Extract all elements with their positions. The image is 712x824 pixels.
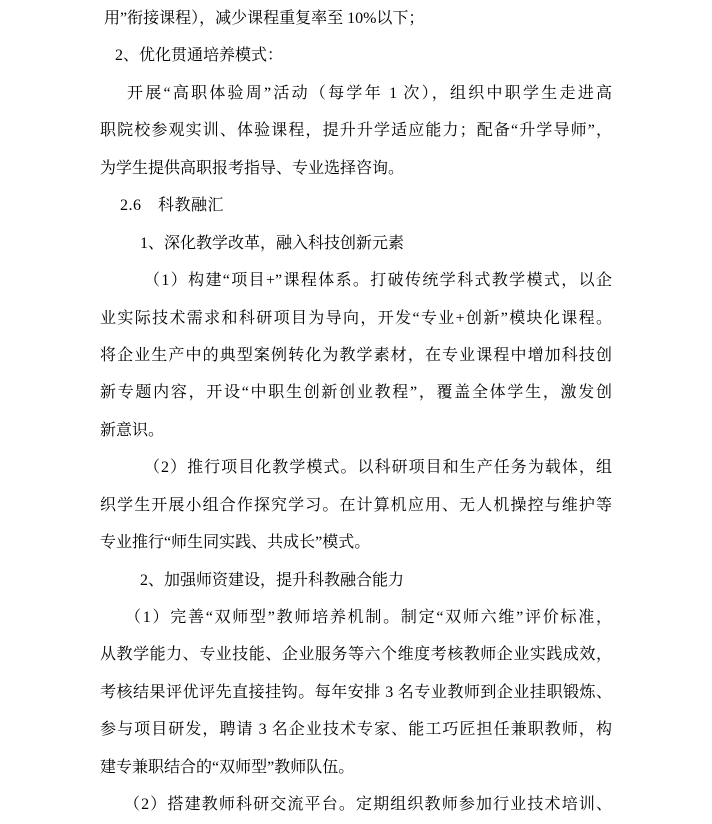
document-page: 用”衔接课程），减少课程重复率至 10%以下；2、优化贯通培养模式：开展“高职体… xyxy=(0,0,712,824)
text-line: 业实际技术需求和科研项目为导向，开发“专业+创新”模块化课程。 xyxy=(0,300,612,337)
document-body: 用”衔接课程），减少课程重复率至 10%以下；2、优化贯通培养模式：开展“高职体… xyxy=(0,0,712,824)
text-line: 2、加强师资建设，提升科教融合能力 xyxy=(0,562,612,599)
text-line: 职院校参观实训、体验课程，提升升学适应能力；配备“升学导师”， xyxy=(0,112,612,149)
text-line: 建专兼职结合的“双师型”教师队伍。 xyxy=(0,749,612,786)
text-line: 考核结果评优评先直接挂钩。每年安排 3 名专业教师到企业挂职锻炼、 xyxy=(0,674,612,711)
text-line: 新专题内容，开设“中职生创新创业教程”，覆盖全体学生，激发创 xyxy=(0,374,612,411)
text-line: 开展“高职体验周”活动（每学年 1 次），组织中职学生走进高 xyxy=(0,75,612,112)
text-line: 专业推行“师生同实践、共成长”模式。 xyxy=(0,524,612,561)
text-line: 织学生开展小组合作探究学习。在计算机应用、无人机操控与维护等 xyxy=(0,487,612,524)
section-heading: 2.6 科教融汇 xyxy=(0,187,612,224)
text-line: （2）推行项目化教学模式。以科研项目和生产任务为载体，组 xyxy=(0,449,612,486)
text-line: （1）完善“双师型”教师培养机制。制定“双师六维”评价标准， xyxy=(0,599,612,636)
text-line: （1）构建“项目+”课程体系。打破传统学科式教学模式，以企 xyxy=(0,262,612,299)
text-line: 参与项目研发，聘请 3 名企业技术专家、能工巧匠担任兼职教师，构 xyxy=(0,711,612,748)
text-line: 1、深化教学改革，融入科技创新元素 xyxy=(0,225,612,262)
text-line: 用”衔接课程），减少课程重复率至 10%以下； xyxy=(0,0,612,37)
text-line: 为学生提供高职报考指导、专业选择咨询。 xyxy=(0,150,612,187)
text-line: 2、优化贯通培养模式： xyxy=(0,37,612,74)
text-line: （2）搭建教师科研交流平台。定期组织教师参加行业技术培训、 xyxy=(0,786,612,823)
text-line: 从教学能力、专业技能、企业服务等六个维度考核教师企业实践成效， xyxy=(0,636,612,673)
text-line: 将企业生产中的典型案例转化为教学素材，在专业课程中增加科技创 xyxy=(0,337,612,374)
text-line: 新意识。 xyxy=(0,412,612,449)
